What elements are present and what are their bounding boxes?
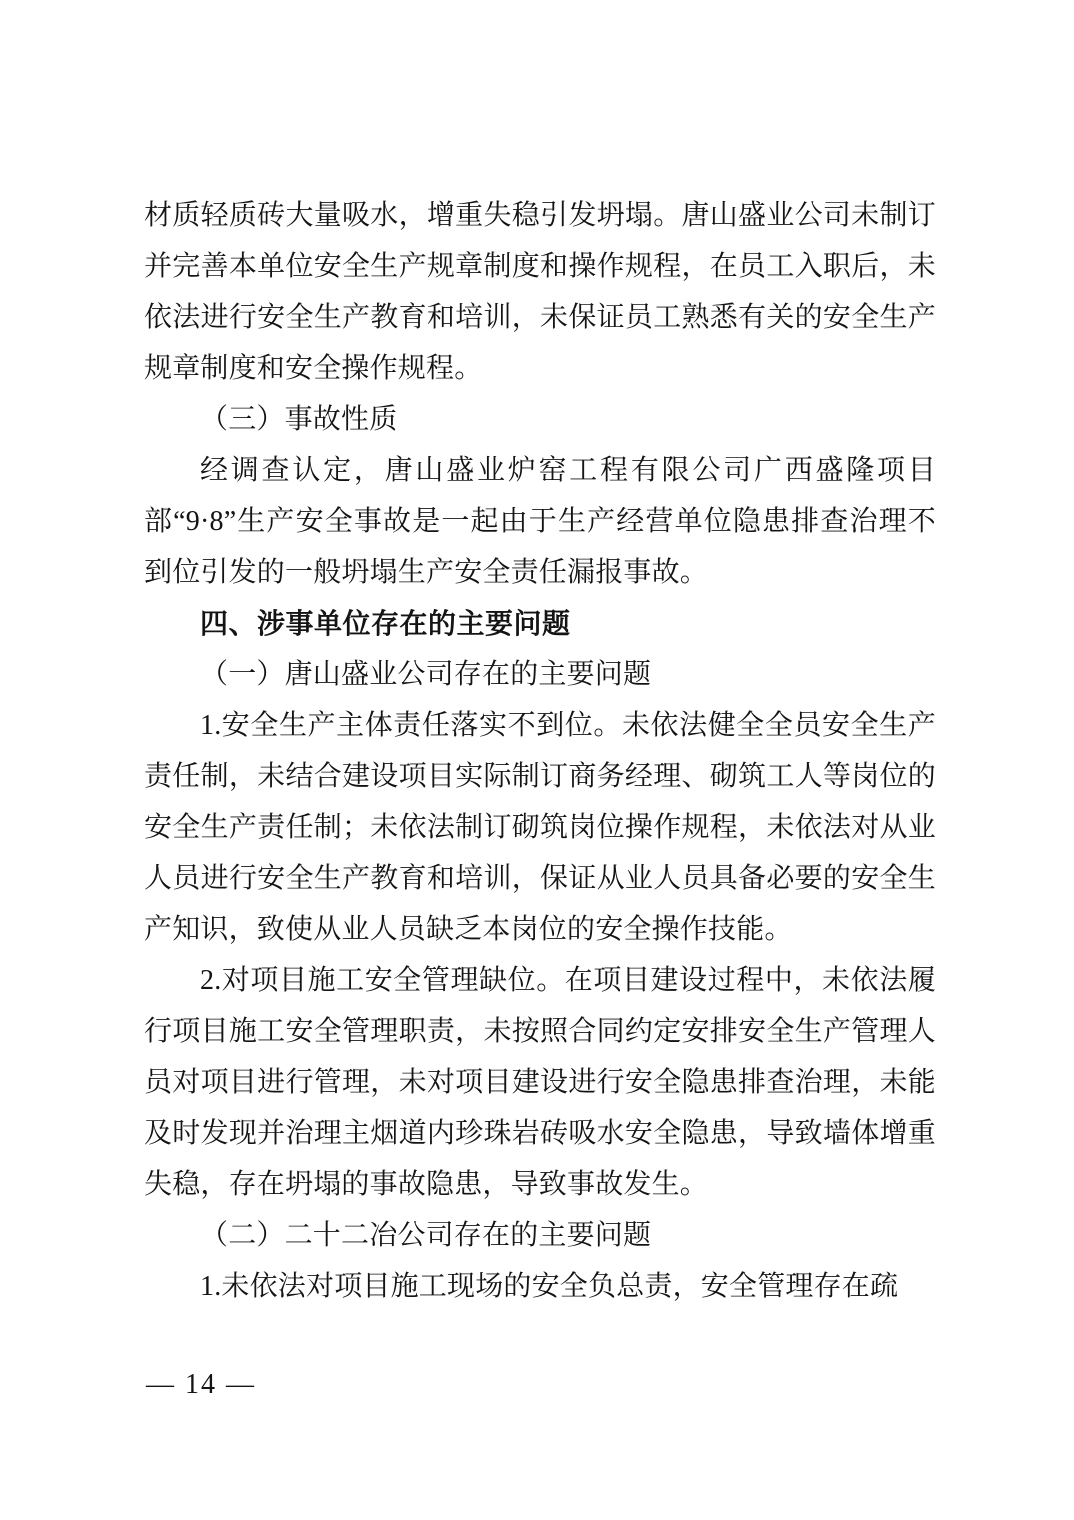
paragraph: 1.安全生产主体责任落实不到位。未依法健全全员安全生产责任制，未结合建设项目实际…: [144, 700, 936, 955]
paragraph: 2.对项目施工安全管理缺位。在项目建设过程中，未依法履行项目施工安全管理职责，未…: [144, 955, 936, 1210]
paragraph: 经调查认定，唐山盛业炉窑工程有限公司广西盛隆项目部“9·8”生产安全事故是一起由…: [144, 445, 936, 598]
section-heading-level2: （三）事故性质: [144, 394, 936, 445]
paragraph: 1.未依法对项目施工现场的安全负总责，安全管理存在疏: [144, 1261, 936, 1312]
section-heading-level2: （二）二十二冶公司存在的主要问题: [144, 1210, 936, 1261]
section-heading-level1: 四、涉事单位存在的主要问题: [144, 598, 936, 649]
document-body: 材质轻质砖大量吸水，增重失稳引发坍塌。唐山盛业公司未制订并完善本单位安全生产规章…: [144, 190, 936, 1312]
document-page: 材质轻质砖大量吸水，增重失稳引发坍塌。唐山盛业公司未制订并完善本单位安全生产规章…: [0, 0, 1074, 1520]
paragraph: 材质轻质砖大量吸水，增重失稳引发坍塌。唐山盛业公司未制订并完善本单位安全生产规章…: [144, 190, 936, 394]
page-number: — 14 —: [146, 1368, 256, 1402]
section-heading-level2: （一）唐山盛业公司存在的主要问题: [144, 649, 936, 700]
